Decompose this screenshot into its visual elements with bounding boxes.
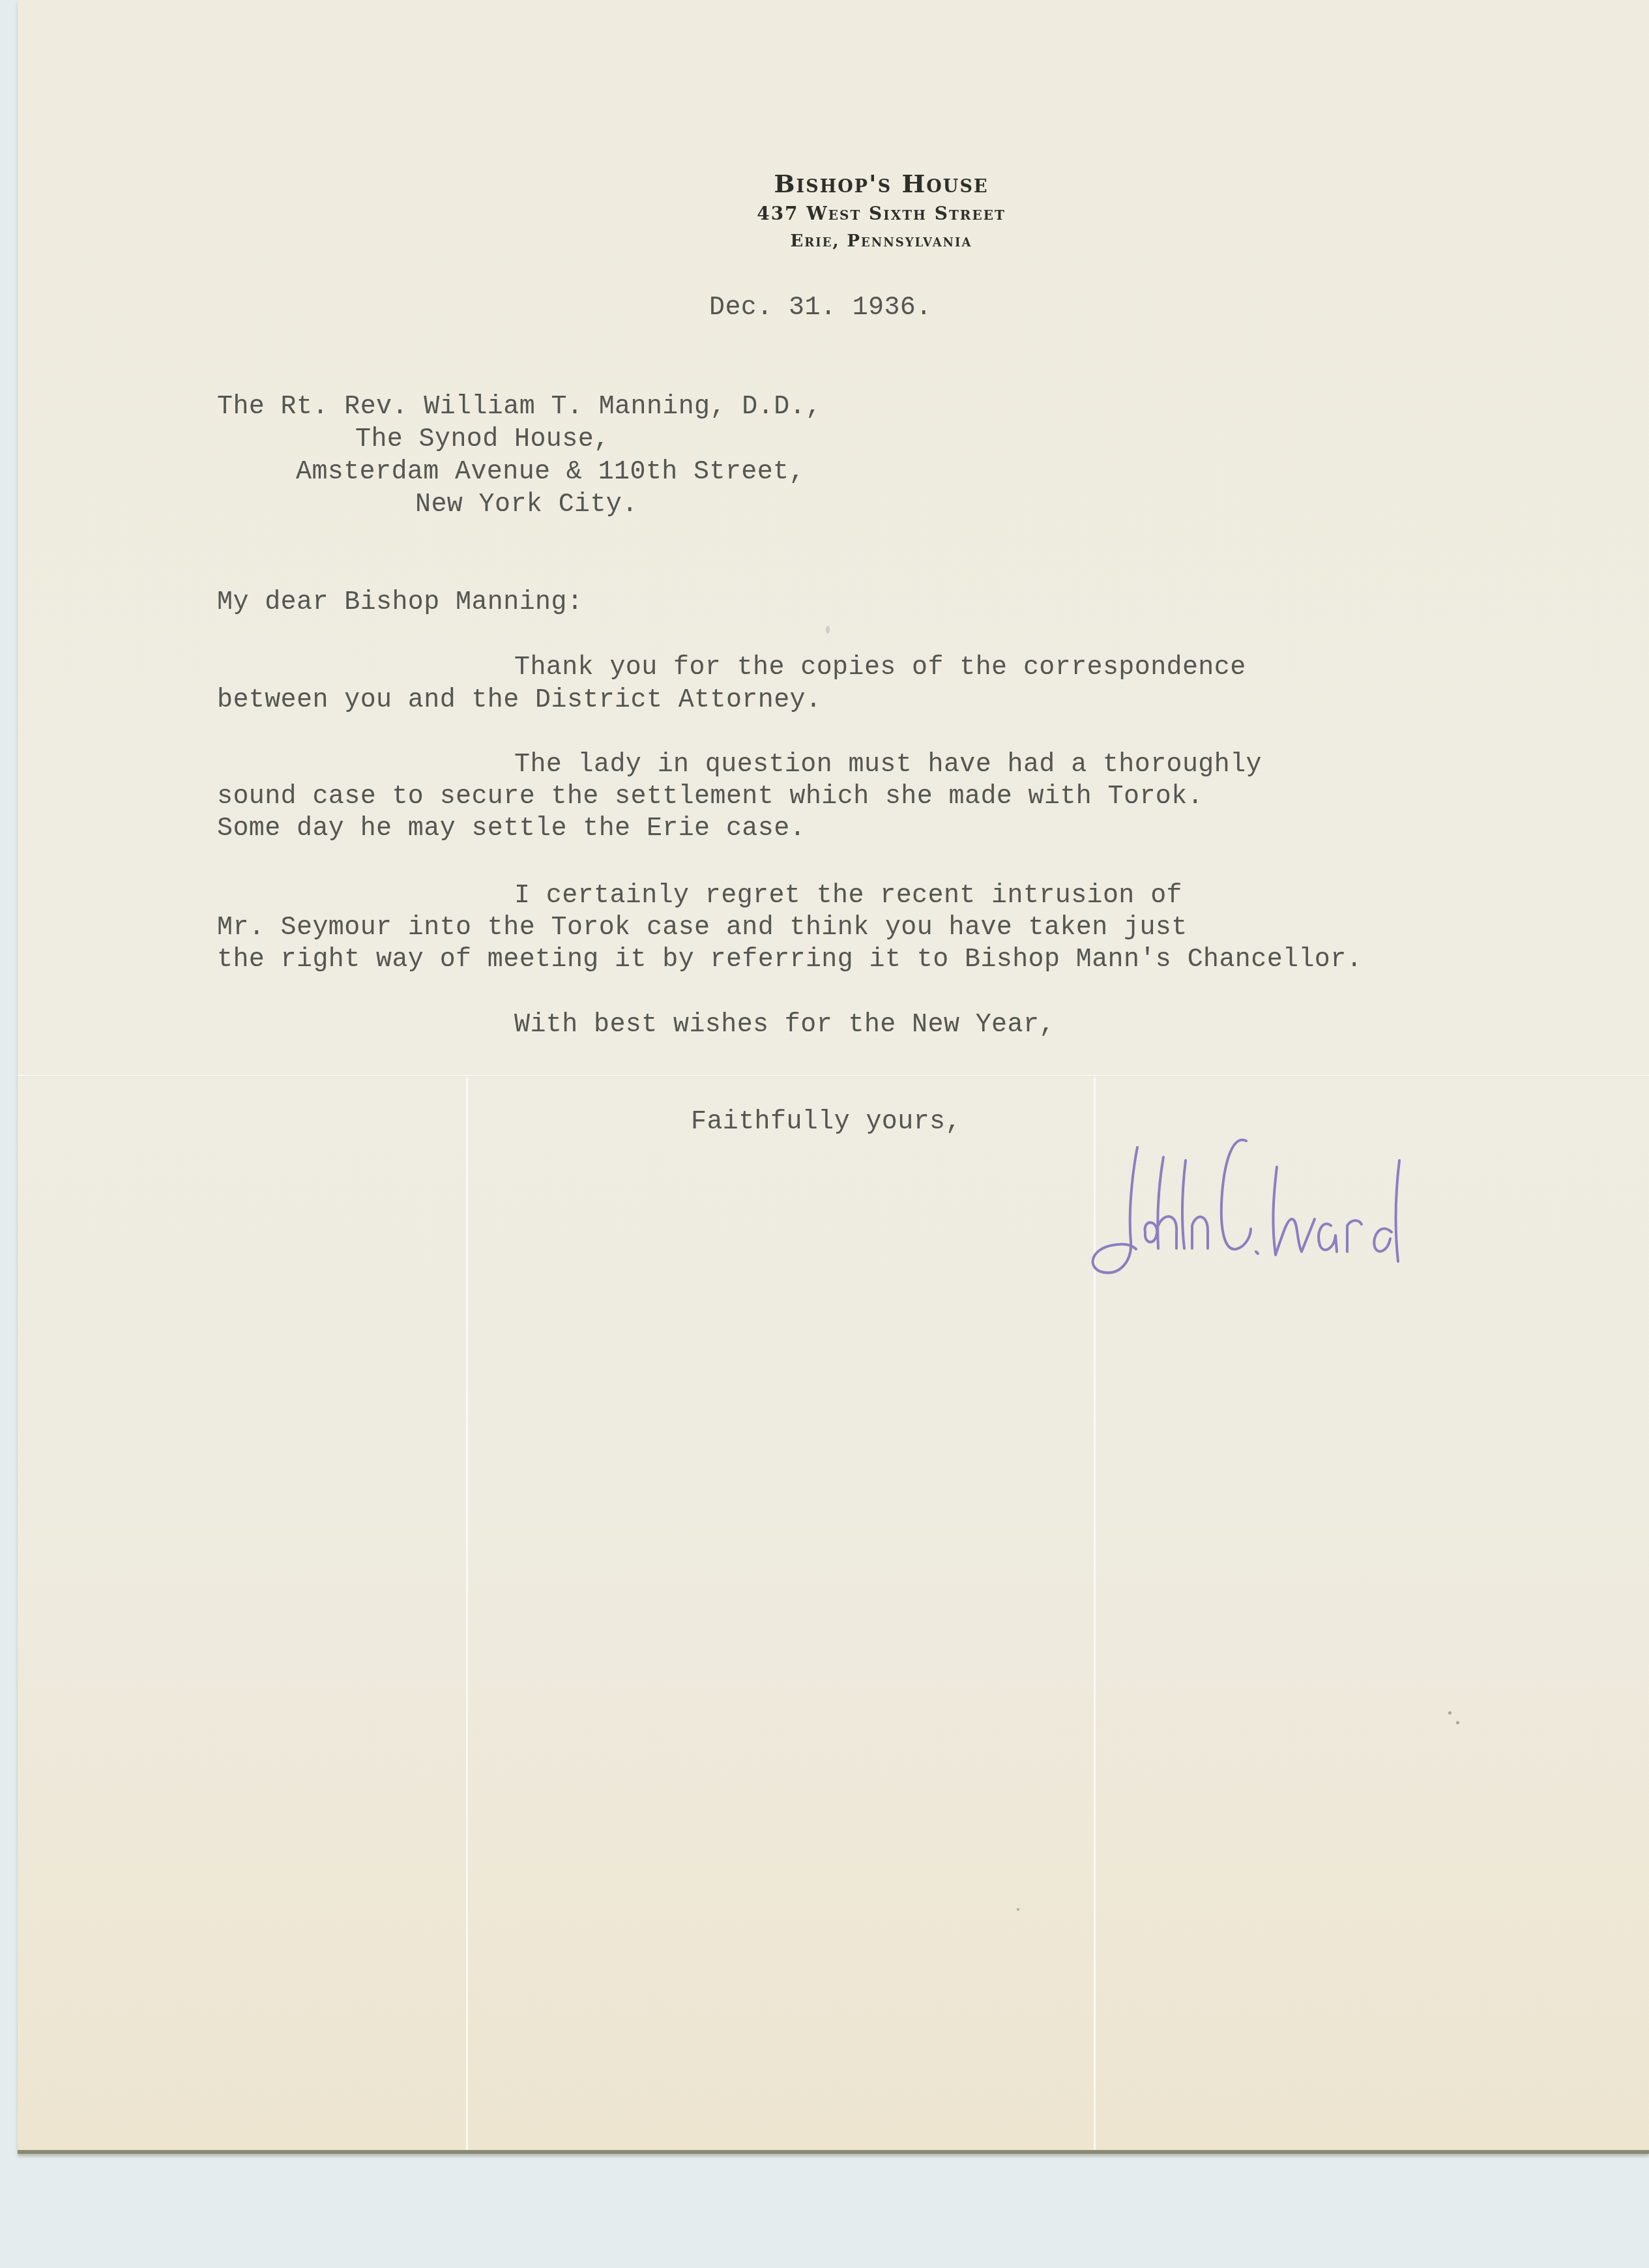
paper-speck — [1448, 1711, 1452, 1715]
paragraph-line: Mr. Seymour into the Torok case and thin… — [217, 912, 1188, 944]
letter-paper: Bishop's House 437 West Sixth Street Eri… — [18, 0, 1649, 2154]
recipient-line-1: The Rt. Rev. William T. Manning, D.D., — [217, 391, 821, 423]
paragraph-line: Some day he may settle the Erie case. — [217, 813, 806, 845]
paragraph-line: sound case to secure the settlement whic… — [217, 781, 1203, 813]
paper-speck — [1017, 1908, 1019, 1911]
horizontal-fold-crease — [18, 1074, 1649, 1077]
salutation: My dear Bishop Manning: — [217, 587, 583, 619]
recipient-line-2: The Synod House, — [355, 424, 609, 456]
signature-drawing — [1080, 1121, 1484, 1284]
paper-speck — [826, 626, 830, 634]
letter-date: Dec. 31. 1936. — [709, 292, 932, 324]
letterhead-city: Erie, Pennsylvania — [695, 228, 1067, 254]
paper-speck — [1456, 1721, 1459, 1724]
recipient-line-3: Amsterdam Avenue & 110th Street, — [296, 456, 805, 488]
paragraph-line: I certainly regret the recent intrusion … — [514, 880, 1182, 912]
recipient-line-4: New York City. — [415, 489, 638, 521]
letterhead: Bishop's House 437 West Sixth Street Eri… — [695, 168, 1067, 254]
letterhead-name: Bishop's House — [695, 168, 1067, 199]
paragraph-line: the right way of meeting it by referring… — [217, 944, 1362, 976]
vertical-fold-crease-left — [466, 1077, 468, 2150]
complimentary-close: Faithfully yours, — [691, 1106, 961, 1138]
paragraph-line: The lady in question must have had a tho… — [514, 749, 1262, 781]
paragraph-line: Thank you for the copies of the correspo… — [514, 652, 1246, 684]
letterhead-street: 437 West Sixth Street — [695, 199, 1067, 228]
paragraph-line: between you and the District Attorney. — [217, 685, 821, 716]
handwritten-signature: John C. Ward — [1080, 1121, 1484, 1284]
closing-wish: With best wishes for the New Year, — [514, 1009, 1055, 1041]
